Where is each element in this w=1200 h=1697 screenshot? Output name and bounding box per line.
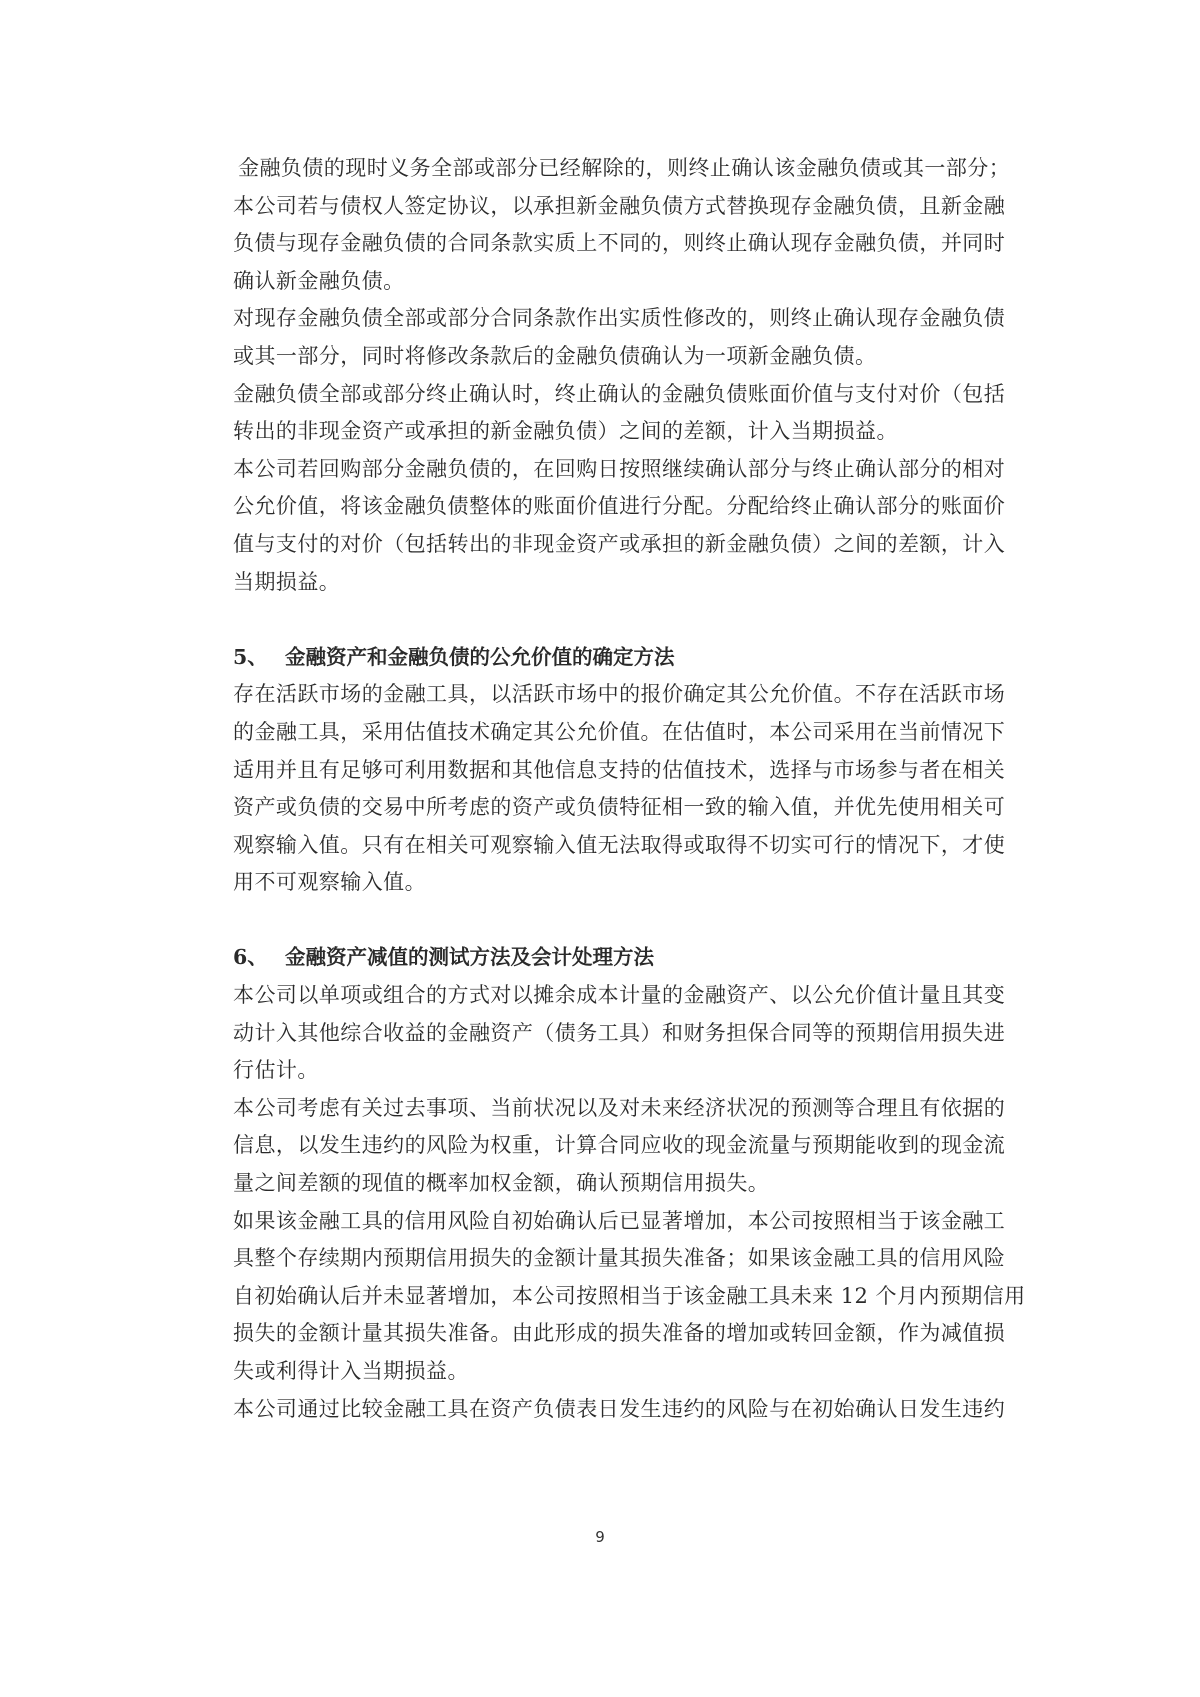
- paragraph-line: 负债与现存金融负债的合同条款实质上不同的，则终止确认现存金融负债，并同时: [233, 225, 1021, 263]
- section-spacer: [233, 601, 1021, 639]
- paragraph-line: 行估计。: [233, 1052, 1021, 1090]
- paragraph-line: 用不可观察输入值。: [233, 864, 1021, 902]
- paragraph-line: 值与支付的对价（包括转出的非现金资产或承担的新金融负债）之间的差额，计入: [233, 526, 1021, 564]
- paragraph-line: 损失的金额计量其损失准备。由此形成的损失准备的增加或转回金额，作为减值损: [233, 1315, 1021, 1353]
- paragraph-line: 本公司考虑有关过去事项、当前状况以及对未来经济状况的预测等合理且有依据的: [233, 1090, 1021, 1128]
- paragraph-line: 存在活跃市场的金融工具，以活跃市场中的报价确定其公允价值。不存在活跃市场: [233, 676, 1021, 714]
- page-body: 金融负债的现时义务全部或部分已经解除的，则终止确认该金融负债或其一部分； 本公司…: [233, 150, 1021, 1428]
- paragraph-line: 确认新金融负债。: [233, 263, 1021, 301]
- page-number: 9: [0, 1528, 1200, 1546]
- section-spacer: [233, 902, 1021, 940]
- paragraph-line: 转出的非现金资产或承担的新金融负债）之间的差额，计入当期损益。: [233, 413, 1021, 451]
- paragraph-line: 本公司若回购部分金融负债的，在回购日按照继续确认部分与终止确认部分的相对: [233, 451, 1021, 489]
- paragraph-line: 失或利得计入当期损益。: [233, 1353, 1021, 1391]
- paragraph-line: 金融负债全部或部分终止确认时，终止确认的金融负债账面价值与支付对价（包括: [233, 376, 1021, 414]
- paragraph-line: 对现存金融负债全部或部分合同条款作出实质性修改的，则终止确认现存金融负债: [233, 300, 1021, 338]
- section-title: 金融资产减值的测试方法及会计处理方法: [285, 945, 654, 969]
- paragraph-line: 动计入其他综合收益的金融资产（债务工具）和财务担保合同等的预期信用损失进: [233, 1015, 1021, 1053]
- paragraph-line: 的金融工具，采用估值技术确定其公允价值。在估值时，本公司采用在当前情况下: [233, 714, 1021, 752]
- paragraph-line: 信息，以发生违约的风险为权重，计算合同应收的现金流量与预期能收到的现金流: [233, 1127, 1021, 1165]
- section-number: 5、: [233, 639, 285, 677]
- document-page: 金融负债的现时义务全部或部分已经解除的，则终止确认该金融负债或其一部分； 本公司…: [0, 0, 1200, 1697]
- paragraph-line: 如果该金融工具的信用风险自初始确认后已显著增加，本公司按照相当于该金融工: [233, 1203, 1021, 1241]
- paragraph-line: 本公司以单项或组合的方式对以摊余成本计量的金融资产、以公允价值计量且其变: [233, 977, 1021, 1015]
- paragraph-line: 本公司若与债权人签定协议，以承担新金融负债方式替换现存金融负债，且新金融: [233, 188, 1021, 226]
- paragraph-line: 金融负债的现时义务全部或部分已经解除的，则终止确认该金融负债或其一部分；: [233, 150, 1021, 188]
- paragraph-line: 具整个存续期内预期信用损失的金额计量其损失准备；如果该金融工具的信用风险: [233, 1240, 1021, 1278]
- section-heading-5: 5、金融资产和金融负债的公允价值的确定方法: [233, 639, 1021, 677]
- section-title: 金融资产和金融负债的公允价值的确定方法: [285, 645, 675, 669]
- paragraph-line: 当期损益。: [233, 564, 1021, 602]
- paragraph-line: 资产或负债的交易中所考虑的资产或负债特征相一致的输入值，并优先使用相关可: [233, 789, 1021, 827]
- paragraph-line: 量之间差额的现值的概率加权金额，确认预期信用损失。: [233, 1165, 1021, 1203]
- paragraph-line: 公允价值，将该金融负债整体的账面价值进行分配。分配给终止确认部分的账面价: [233, 488, 1021, 526]
- paragraph-line: 或其一部分，同时将修改条款后的金融负债确认为一项新金融负债。: [233, 338, 1021, 376]
- section-heading-6: 6、金融资产减值的测试方法及会计处理方法: [233, 939, 1021, 977]
- paragraph-line: 观察输入值。只有在相关可观察输入值无法取得或取得不切实可行的情况下，才使: [233, 827, 1021, 865]
- section-number: 6、: [233, 939, 285, 977]
- paragraph-line: 本公司通过比较金融工具在资产负债表日发生违约的风险与在初始确认日发生违约: [233, 1391, 1021, 1429]
- paragraph-line: 自初始确认后并未显著增加，本公司按照相当于该金融工具未来 12 个月内预期信用: [233, 1278, 1021, 1316]
- paragraph-line: 适用并且有足够可利用数据和其他信息支持的估值技术，选择与市场参与者在相关: [233, 752, 1021, 790]
